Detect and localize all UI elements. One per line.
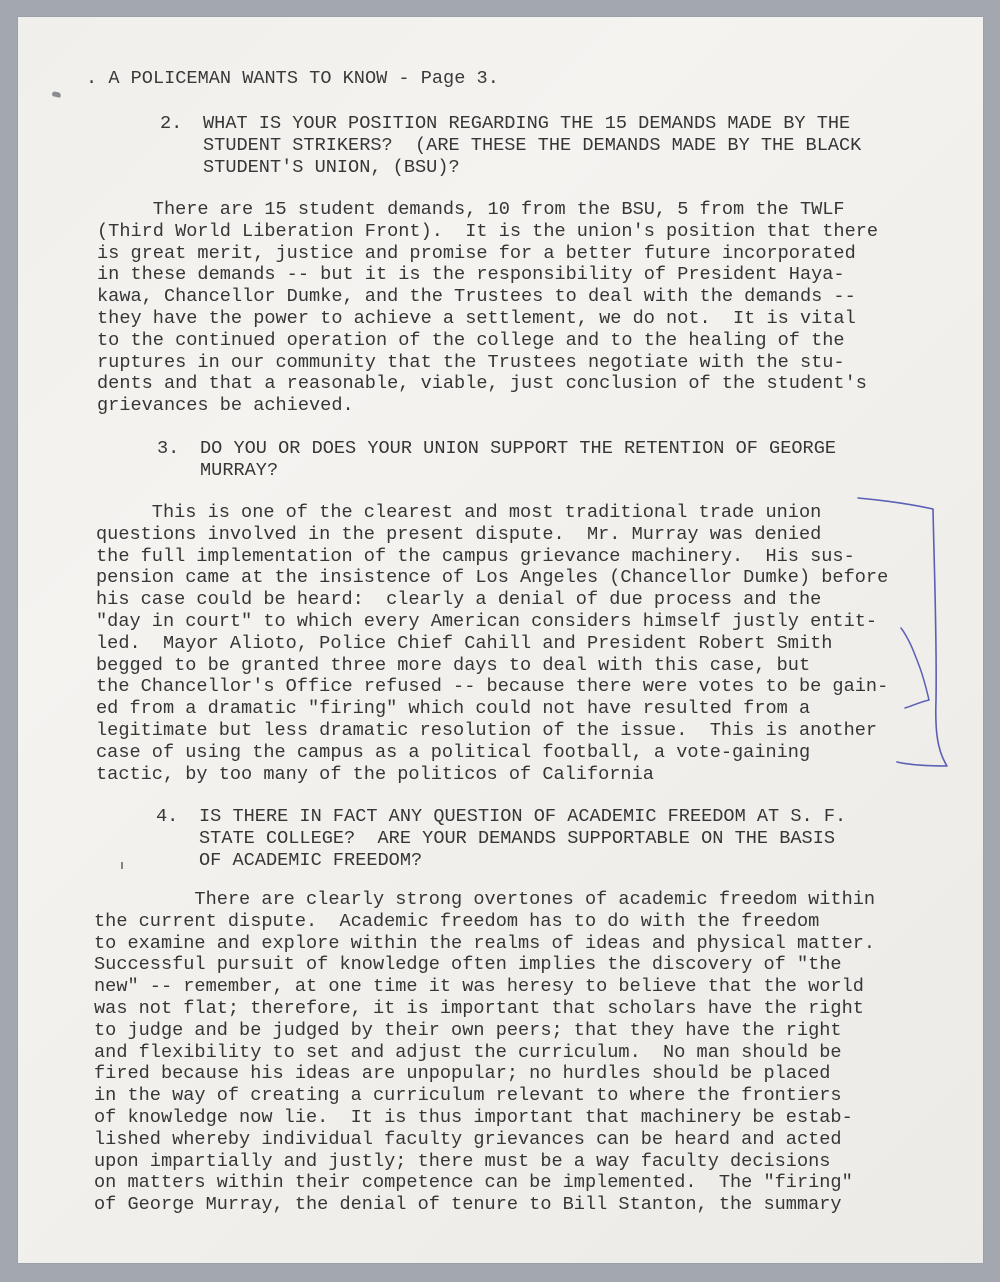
question-line: STUDENT'S UNION, (BSU)? xyxy=(203,157,460,178)
question-line: WHAT IS YOUR POSITION REGARDING THE 15 D… xyxy=(203,113,850,134)
answer-line: to examine and explore within the realms… xyxy=(94,933,875,954)
answer-line: the current dispute. Academic freedom ha… xyxy=(94,911,819,932)
answer-line: in these demands -- but it is the respon… xyxy=(97,264,845,285)
question-line: OF ACADEMIC FREEDOM? xyxy=(199,850,422,871)
answer-line: There are clearly strong overtones of ac… xyxy=(94,889,875,910)
answer-line: kawa, Chancellor Dumke, and the Trustees… xyxy=(97,286,856,307)
question-line: DO YOU OR DOES YOUR UNION SUPPORT THE RE… xyxy=(200,438,836,459)
question-number-2: 2. xyxy=(160,113,182,135)
answer-line: the Chancellor's Office refused -- becau… xyxy=(96,676,888,697)
question-line: MURRAY? xyxy=(200,460,278,481)
answer-line: This is one of the clearest and most tra… xyxy=(96,502,821,523)
answer-line: and flexibility to set and adjust the cu… xyxy=(94,1042,842,1063)
answer-line: his case could be heard: clearly a denia… xyxy=(96,589,821,610)
answer-line: to judge and be judged by their own peer… xyxy=(94,1020,842,1041)
answer-3: This is one of the clearest and most tra… xyxy=(96,502,888,785)
answer-4: There are clearly strong overtones of ac… xyxy=(94,889,875,1216)
question-line: IS THERE IN FACT ANY QUESTION OF ACADEMI… xyxy=(199,806,846,827)
question-line: STUDENT STRIKERS? (ARE THESE THE DEMANDS… xyxy=(203,135,861,156)
answer-line: legitimate but less dramatic resolution … xyxy=(96,720,877,741)
answer-line: to the continued operation of the colleg… xyxy=(97,330,845,351)
answer-line: ed from a dramatic "firing" which could … xyxy=(96,698,810,719)
answer-line: questions involved in the present disput… xyxy=(96,524,821,545)
answer-line: upon impartially and justly; there must … xyxy=(94,1151,830,1172)
answer-line: led. Mayor Alioto, Police Chief Cahill a… xyxy=(96,633,832,654)
question-2: WHAT IS YOUR POSITION REGARDING THE 15 D… xyxy=(203,113,861,178)
answer-line: tactic, by too many of the politicos of … xyxy=(96,764,654,785)
ink-smudge xyxy=(52,91,62,98)
answer-line: the full implementation of the campus gr… xyxy=(96,546,855,567)
answer-line: new" -- remember, at one time it was her… xyxy=(94,976,864,997)
answer-line: was not flat; therefore, it is important… xyxy=(94,998,864,1019)
page-header: . A POLICEMAN WANTS TO KNOW - Page 3. xyxy=(86,68,499,90)
question-4: IS THERE IN FACT ANY QUESTION OF ACADEMI… xyxy=(199,806,846,871)
answer-line: "day in court" to which every American c… xyxy=(96,611,877,632)
answer-line: on matters within their competence can b… xyxy=(94,1172,853,1193)
answer-2: There are 15 student demands, 10 from th… xyxy=(97,199,878,417)
ink-speck xyxy=(121,862,123,869)
question-line: STATE COLLEGE? ARE YOUR DEMANDS SUPPORTA… xyxy=(199,828,835,849)
answer-line: Successful pursuit of knowledge often im… xyxy=(94,954,842,975)
answer-line: ruptures in our community that the Trust… xyxy=(97,352,845,373)
answer-line: There are 15 student demands, 10 from th… xyxy=(97,199,845,220)
answer-line: in the way of creating a curriculum rele… xyxy=(94,1085,842,1106)
question-number-4: 4. xyxy=(156,806,178,828)
answer-line: fired because his ideas are unpopular; n… xyxy=(94,1063,830,1084)
answer-line: of George Murray, the denial of tenure t… xyxy=(94,1194,842,1215)
answer-line: they have the power to achieve a settlem… xyxy=(97,308,856,329)
answer-line: is great merit, justice and promise for … xyxy=(97,243,856,264)
answer-line: pension came at the insistence of Los An… xyxy=(96,567,888,588)
answer-line: lished whereby individual faculty grieva… xyxy=(94,1129,842,1150)
answer-line: grievances be achieved. xyxy=(97,395,354,416)
answer-line: begged to be granted three more days to … xyxy=(96,655,810,676)
question-number-3: 3. xyxy=(157,438,179,460)
answer-line: dents and that a reasonable, viable, jus… xyxy=(97,373,867,394)
answer-line: case of using the campus as a political … xyxy=(96,742,810,763)
question-3: DO YOU OR DOES YOUR UNION SUPPORT THE RE… xyxy=(200,438,836,482)
answer-line: of knowledge now lie. It is thus importa… xyxy=(94,1107,853,1128)
answer-line: (Third World Liberation Front). It is th… xyxy=(97,221,878,242)
